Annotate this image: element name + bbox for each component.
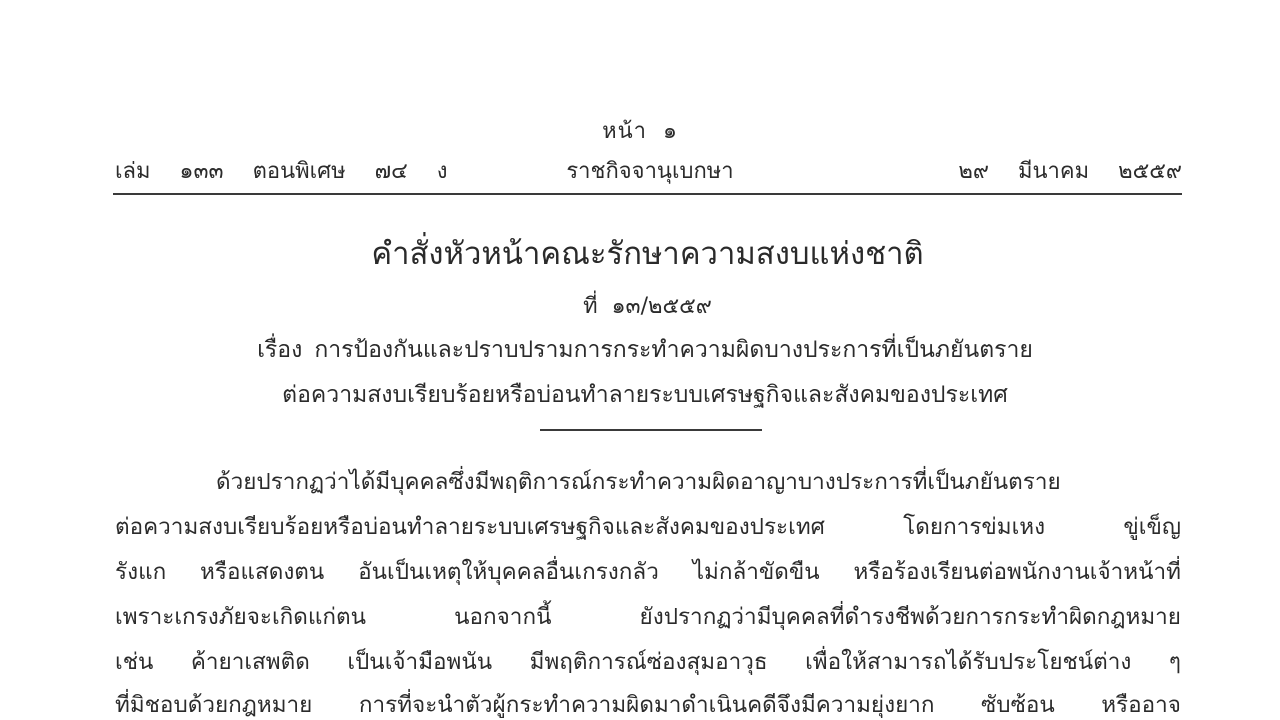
date-year: ๒๕๕๙ [1118,159,1182,184]
body-line: รังแก หรือแสดงตน อันเป็นเหตุให้บุคคลอื่น… [115,553,1181,589]
order-number-label: ที่ [583,294,598,319]
date-month: มีนาคม [1018,159,1089,184]
gazette-page: หน้า๑ เล่ม ๑๓๓ ตอนพิเศษ ๗๔ ง ราชกิจจานุเ… [0,0,1280,720]
page-number: หน้า๑ [0,113,1280,148]
order-subject-line-1: เรื่องการป้องกันและปราบปรามการกระทำความผ… [0,332,1280,368]
order-number: ที่๑๓/๒๕๕๙ [0,288,1280,323]
body-line: ด้วยปรากฏว่าได้มีบุคคลซึ่งมีพฤติการณ์กระ… [216,463,1181,499]
body-line: ต่อความสงบเรียบร้อยหรือบ่อนทำลายระบบเศรษ… [115,508,1181,544]
body-line: เพราะเกรงภัยจะเกิดแก่ตน นอกจากนี้ ยังปรา… [115,598,1181,634]
body-line: ที่มิชอบด้วยกฎหมาย การที่จะนำตัวผู้กระทำ… [115,686,1181,720]
subject-label: เรื่อง [257,337,302,363]
order-number-value: ๑๓/๒๕๕๙ [612,294,712,319]
date-day: ๒๙ [958,159,989,184]
order-subject-line-2: ต่อความสงบเรียบร้อยหรือบ่อนทำลายระบบเศรษ… [0,377,1280,413]
body-line: เช่น ค้ายาเสพติด เป็นเจ้ามือพนัน มีพฤติก… [115,643,1181,679]
page-number-value: ๑ [663,119,678,144]
title-separator [540,429,762,431]
publication-title: ราชกิจจานุเบกษา [566,159,733,184]
page-label: หน้า [602,119,647,144]
subject-text-1: การป้องกันและปราบปรามการกระทำความผิดบางป… [314,337,1033,363]
header-divider [113,193,1182,195]
publication-date: ๒๙ มีนาคม ๒๕๕๙ [936,153,1182,188]
order-title: คำสั่งหัวหน้าคณะรักษาความสงบแห่งชาติ [0,228,1280,278]
